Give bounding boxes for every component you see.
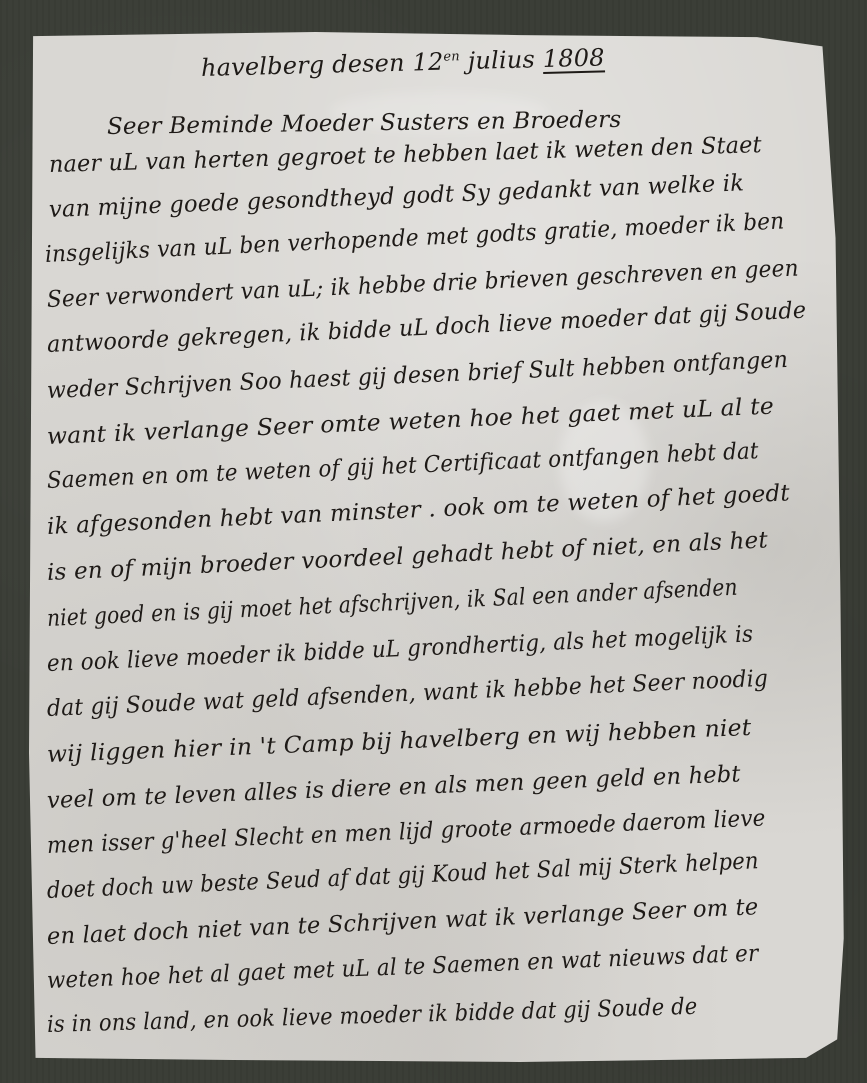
dateline: havelberg desen 12en julius 1808	[201, 43, 605, 82]
letter-line: veel om te leven alles is diere en als m…	[47, 761, 742, 814]
dateline-year: 1808	[542, 43, 605, 73]
letter-line: wij liggen hier in 't Camp bij havelberg…	[47, 715, 752, 768]
letter-line: en laet doch niet van te Schrijven wat i…	[46, 894, 758, 950]
letter-line: dat gij Soude wat geld afsenden, want ik…	[46, 666, 768, 722]
letter-line: weder Schrijven Soo haest gij desen brie…	[46, 347, 788, 404]
salutation: Seer Beminde Moeder Susters en Broeders	[107, 107, 622, 140]
dateline-place-date: havelberg desen 12	[201, 48, 444, 82]
letter-line: is in ons land, en ook lieve moeder ik b…	[47, 994, 698, 1038]
letter-line: doet doch uw beste Seud af dat gij Koud …	[46, 848, 759, 904]
letter-line: men isser g'heel Slecht en men lijd groo…	[47, 805, 766, 859]
letter-line: weten hoe het al gaet met uL al te Saeme…	[47, 941, 759, 994]
letter-line: niet goed en is gij moet het afschrijven…	[46, 575, 738, 632]
letter-paper: havelberg desen 12en julius 1808 Seer Be…	[29, 32, 847, 1062]
dateline-day-suffix: en	[443, 49, 460, 64]
letter-body: havelberg desen 12en julius 1808 Seer Be…	[29, 32, 847, 1062]
dateline-month: julius	[467, 45, 535, 75]
letter-line: en ook lieve moeder ik bidde uL grondher…	[46, 621, 753, 677]
